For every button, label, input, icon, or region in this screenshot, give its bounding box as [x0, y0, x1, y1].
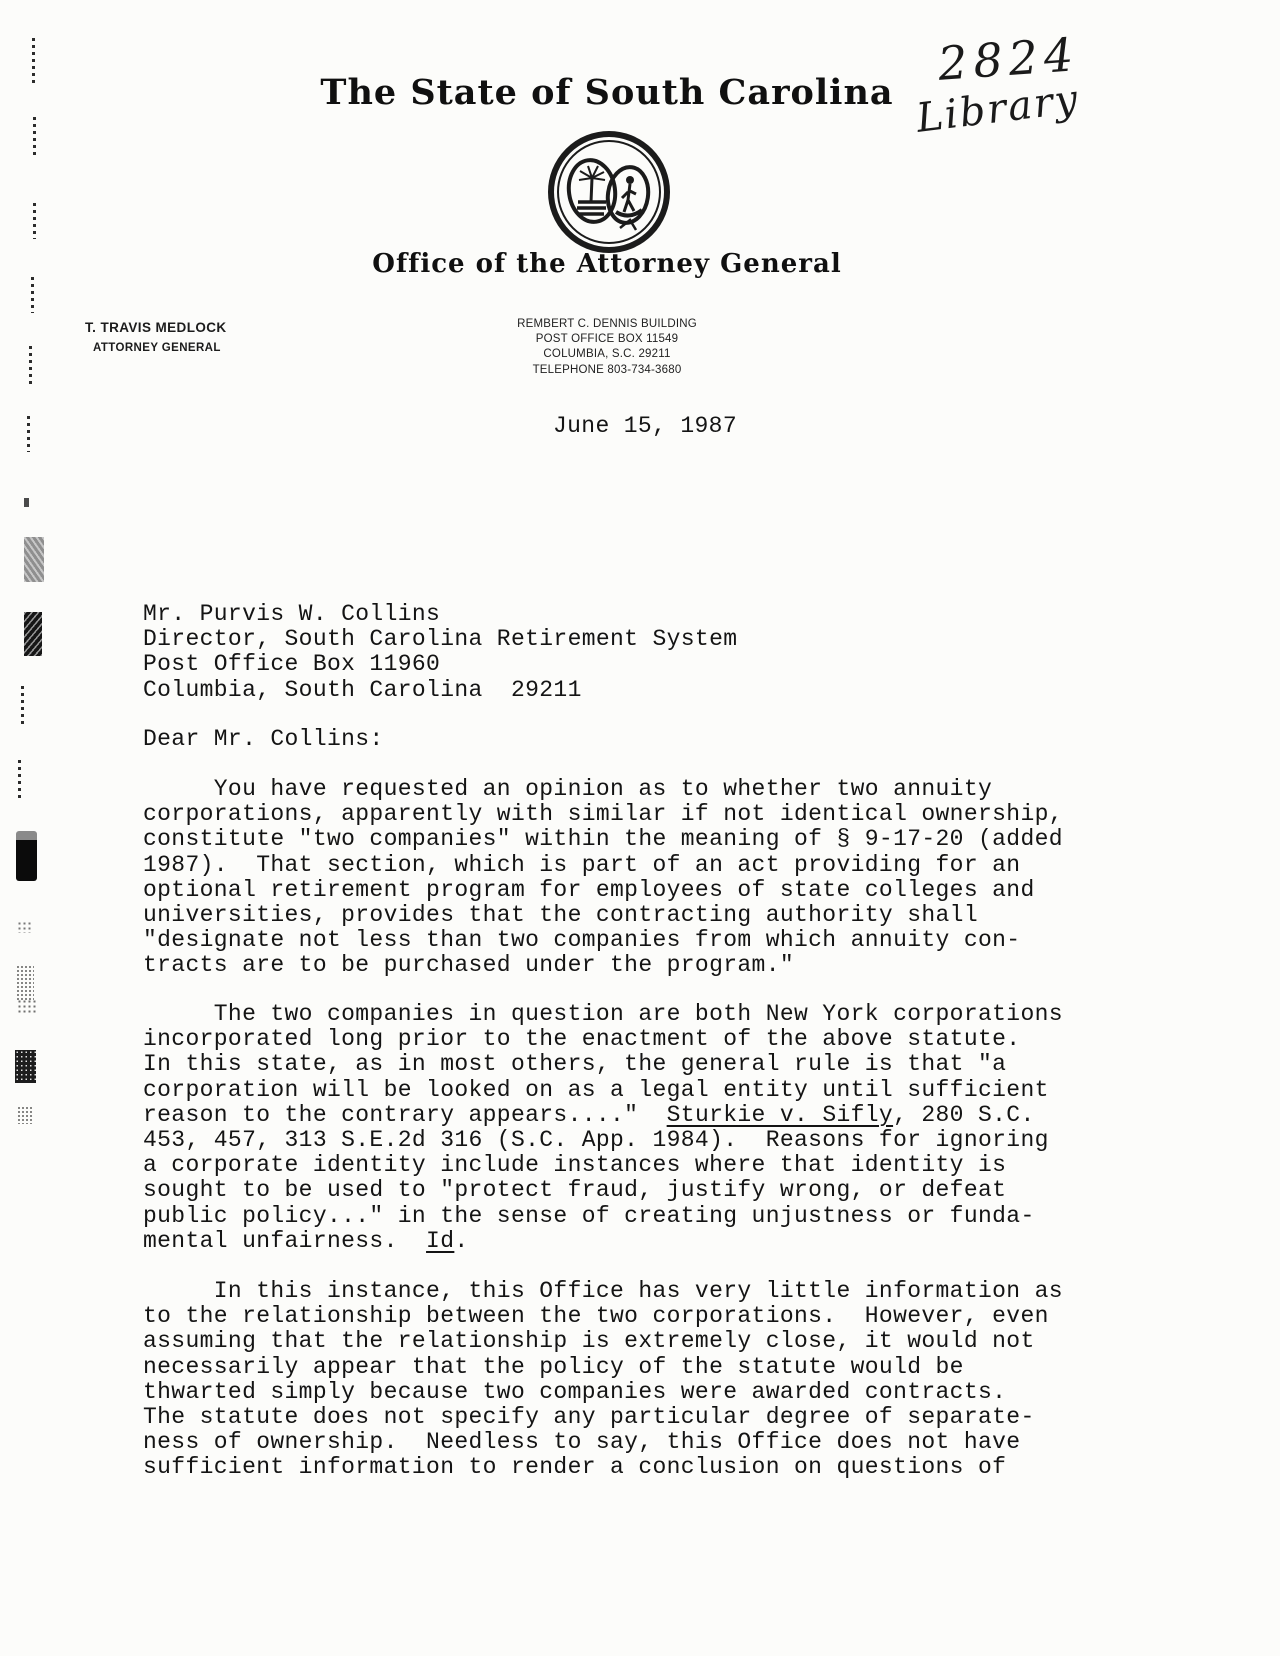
scan-artifact: [24, 612, 42, 656]
scan-artifact: [24, 498, 29, 507]
official-name: T. TRAVIS MEDLOCK: [85, 320, 227, 335]
case-citation: Sturkie v. Sifly: [667, 1102, 893, 1128]
body-paragraph-2: The two companies in question are both N…: [143, 1002, 1063, 1254]
scan-artifact: [33, 117, 36, 159]
scan-artifact: [31, 277, 34, 313]
paragraph-text: .: [454, 1228, 468, 1254]
office-address-block: REMBERT C. DENNIS BUILDING POST OFFICE B…: [457, 317, 757, 378]
address-line: REMBERT C. DENNIS BUILDING: [457, 317, 757, 332]
south-carolina-state-seal-icon: [546, 128, 672, 256]
scan-artifact: [29, 346, 32, 386]
scan-artifact: [33, 203, 36, 239]
salutation: Dear Mr. Collins:: [143, 727, 384, 752]
id-citation: Id: [426, 1228, 454, 1254]
address-line: COLUMBIA, S.C. 29211: [457, 347, 757, 362]
scan-artifact: [17, 1106, 34, 1124]
state-title: The State of South Carolina: [0, 72, 1214, 113]
scan-artifact: [16, 965, 34, 1001]
address-line: POST OFFICE BOX 11549: [457, 332, 757, 347]
letter-date: June 15, 1987: [553, 414, 737, 439]
scanned-letter-page: 2824 Library The State of South Carolina…: [0, 0, 1280, 1656]
attorney-general-name-block: T. TRAVIS MEDLOCK ATTORNEY GENERAL: [85, 320, 227, 354]
scan-artifact: [16, 831, 37, 881]
scan-artifact: [27, 416, 30, 452]
body-paragraph-1: You have requested an opinion as to whet…: [143, 777, 1063, 979]
body-paragraph-3: In this instance, this Office has very l…: [143, 1279, 1063, 1481]
scan-artifact: [17, 999, 36, 1013]
official-title: ATTORNEY GENERAL: [85, 342, 227, 354]
scan-artifact: [17, 921, 33, 933]
address-line: TELEPHONE 803-734-3680: [457, 363, 757, 378]
office-title: Office of the Attorney General: [0, 249, 1214, 279]
scan-artifact: [18, 760, 21, 802]
scan-artifact: [21, 686, 24, 728]
scan-artifact: [15, 1050, 36, 1083]
scan-artifact: [24, 537, 44, 582]
recipient-address: Mr. Purvis W. Collins Director, South Ca…: [143, 602, 737, 703]
